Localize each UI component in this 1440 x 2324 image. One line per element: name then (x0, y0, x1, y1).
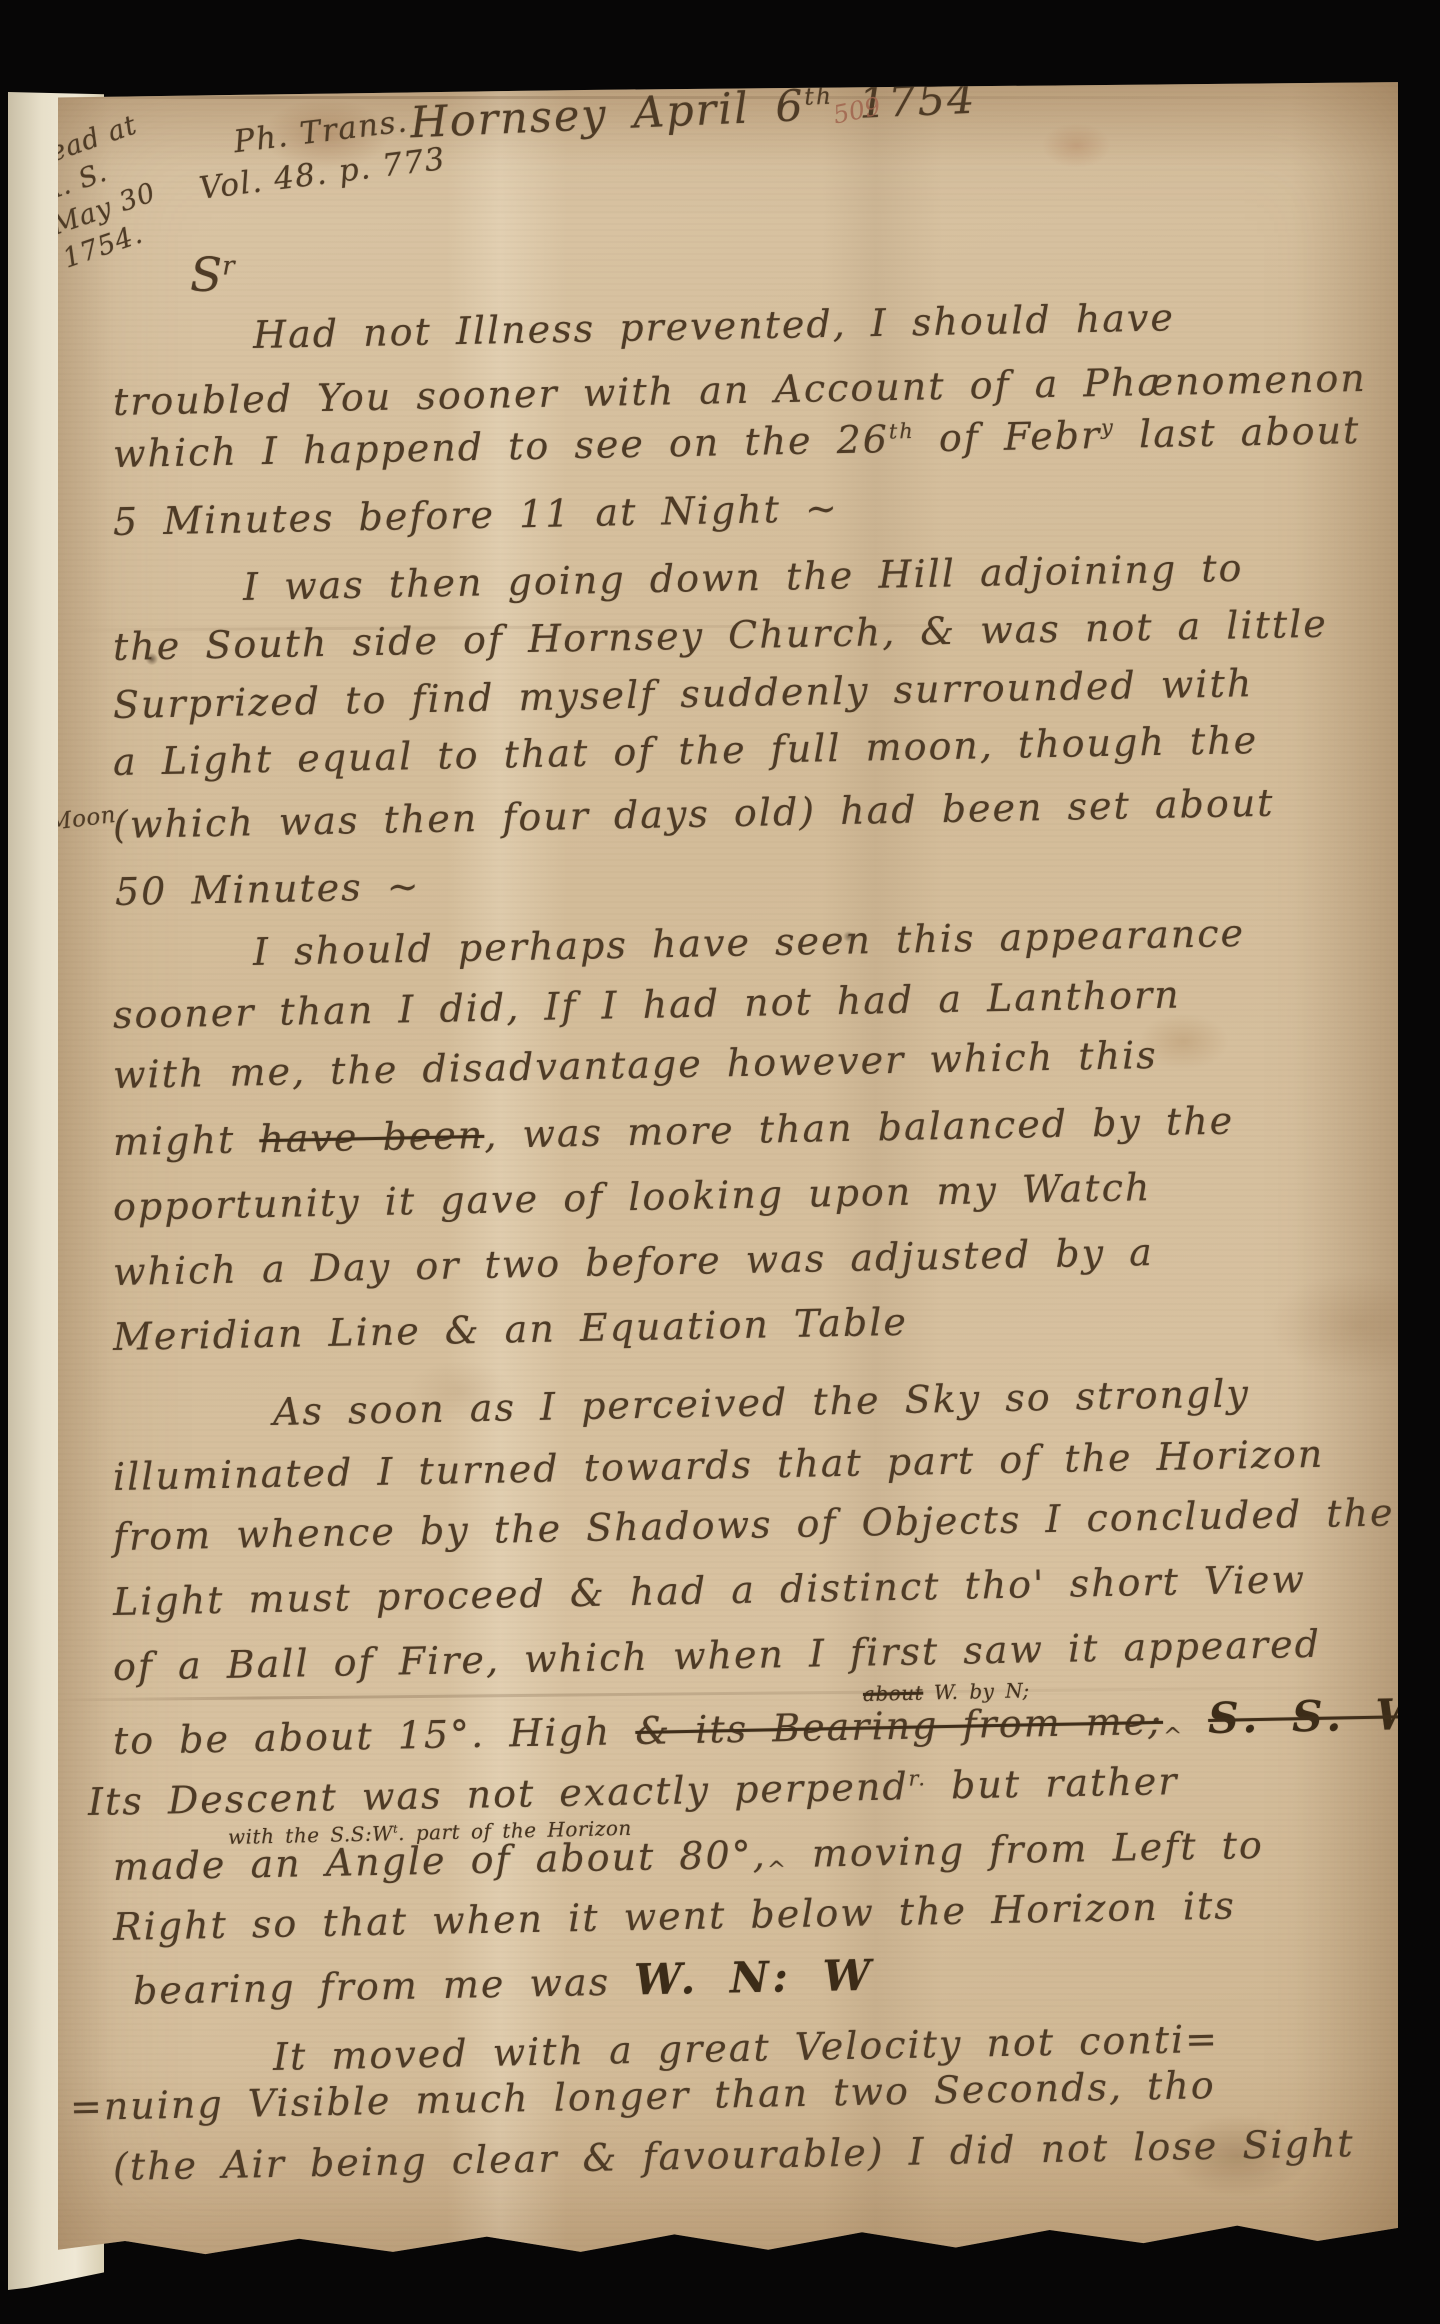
handwritten-text: made an Angle of about 80°, (113, 1832, 768, 1889)
manuscript-line: bearing from me was W. N: W (133, 1951, 877, 2015)
handwritten-text: Right so that when it went below the Hor… (113, 1883, 1237, 1949)
handwritten-text: of a Ball of Fire, which when I first sa… (113, 1622, 1322, 1689)
annotated-text: y (1101, 415, 1115, 439)
struck-text: S. S. W. (1208, 1689, 1440, 1743)
handwritten-text: As soon as I perceived the Sky so strong… (273, 1371, 1251, 1434)
handwritten-text: illuminated I turned towards that part o… (113, 1432, 1325, 1499)
annotated-text: th (889, 419, 915, 443)
manuscript-line: Had not Illness prevented, I should have (253, 295, 1176, 357)
manuscript-line: 50 Minutes ∼ (115, 864, 421, 914)
manuscript-line: with me, the disadvantage however which … (113, 1033, 1158, 1097)
annotated-text: ^ (767, 1857, 789, 1883)
manuscript-line: to be about 15°. High & its Bearing from… (112, 1689, 1440, 1770)
manuscript-line: 5 Minutes before 11 at Night ∼ (113, 486, 840, 544)
handwritten-text: the South side of Hornsey Church, & was … (113, 602, 1329, 669)
annotated-text: ^ (1163, 1724, 1185, 1750)
handwritten-text: Light must proceed & had a distinct tho'… (113, 1557, 1307, 1624)
manuscript-line: =nuing Visible much longer than two Seco… (70, 2063, 1216, 2129)
handwritten-text: moving from Left to (787, 1823, 1264, 1876)
manuscript-line: (the Air being clear & favourable) I did… (113, 2121, 1355, 2189)
handwritten-text: a Light equal to that of the full moon, … (113, 718, 1259, 784)
manuscript-line: a Light equal to that of the full moon, … (113, 718, 1259, 784)
handwritten-text: Meridian Line & an Equation Table (113, 1300, 909, 1359)
handwritten-text: (the Air being clear & favourable) I did… (113, 2121, 1355, 2189)
manuscript-line: Right so that when it went below the Hor… (113, 1883, 1237, 1949)
handwritten-text: I was then going down the Hill adjoining… (243, 546, 1244, 609)
manuscript-line: As soon as I perceived the Sky so strong… (273, 1371, 1251, 1434)
handwritten-text: Surprized to find myself suddenly surrou… (113, 661, 1254, 727)
handwritten-text: (which was then four days old) had been … (113, 781, 1275, 847)
struck-text: & its Bearing from me; (635, 1699, 1163, 1753)
manuscript-line: opportunity it gave of looking upon my W… (113, 1165, 1152, 1229)
manuscript-line: (which was then four days old) had been … (113, 781, 1275, 847)
handwritten-text: from whence by the Shadows of Objects I … (113, 1490, 1395, 1559)
handwritten-text: , was more than balanced by the (484, 1098, 1235, 1156)
manuscript-line: Surprized to find myself suddenly surrou… (113, 661, 1254, 727)
handwritten-text: sooner than I did, If I had not had a La… (113, 973, 1181, 1037)
handwritten-text: =nuing Visible much longer than two Seco… (70, 2063, 1216, 2129)
manuscript-line: I should perhaps have seen this appearan… (253, 911, 1246, 974)
manuscript-line: I was then going down the Hill adjoining… (243, 546, 1244, 609)
manuscript-page: Read atR. S.May 301754. Ph. Trans.Vol. 4… (58, 80, 1398, 2265)
manuscript-line: Light must proceed & had a distinct tho'… (113, 1557, 1307, 1624)
manuscript-line: the South side of Hornsey Church, & was … (113, 602, 1329, 669)
handwritten-text: I should perhaps have seen this appearan… (253, 911, 1246, 974)
manuscript-line: sooner than I did, If I had not had a La… (113, 973, 1181, 1037)
handwritten-text: with me, the disadvantage however which … (113, 1033, 1158, 1097)
handwritten-text: bearing from me was (133, 1959, 635, 2013)
handwritten-text: might (113, 1117, 260, 1164)
struck-text: have been (259, 1113, 485, 1161)
manuscript-line: from whence by the Shadows of Objects I … (113, 1490, 1395, 1559)
handwritten-text: 50 Minutes ∼ (115, 864, 421, 914)
photograph-background: Read atR. S.May 301754. Ph. Trans.Vol. 4… (0, 0, 1440, 2324)
manuscript-line: of a Ball of Fire, which when I first sa… (113, 1622, 1322, 1689)
handwritten-text: last about (1115, 408, 1361, 457)
manuscript-line: illuminated I turned towards that part o… (113, 1432, 1325, 1499)
manuscript-line: Its Descent was not exactly perpendr. bu… (88, 1759, 1179, 1824)
handwritten-text (1184, 1698, 1209, 1742)
annotated-text: W. N: W (634, 1951, 876, 2006)
annotated-text: r. (908, 1766, 927, 1790)
handwritten-text: to be about 15°. High (113, 1709, 636, 1763)
handwritten-text: which a Day or two before was adjusted b… (113, 1230, 1155, 1294)
handwritten-text: which I happend to see on the 26 (113, 417, 890, 476)
handwritten-text: but rather (927, 1759, 1179, 1808)
handwritten-text: opportunity it gave of looking upon my W… (113, 1165, 1152, 1229)
handwritten-text: 5 Minutes before 11 at Night ∼ (113, 486, 840, 544)
handwritten-text: Its Descent was not exactly perpend (88, 1764, 909, 1824)
letter-body: Had not Illness prevented, I should have… (58, 80, 1398, 2265)
manuscript-line: which a Day or two before was adjusted b… (113, 1230, 1155, 1294)
manuscript-line: might have been, was more than balanced … (113, 1098, 1235, 1164)
handwritten-text: of Febr (914, 413, 1101, 461)
handwritten-text: Had not Illness prevented, I should have (253, 295, 1176, 357)
manuscript-line: Meridian Line & an Equation Table (113, 1300, 909, 1359)
